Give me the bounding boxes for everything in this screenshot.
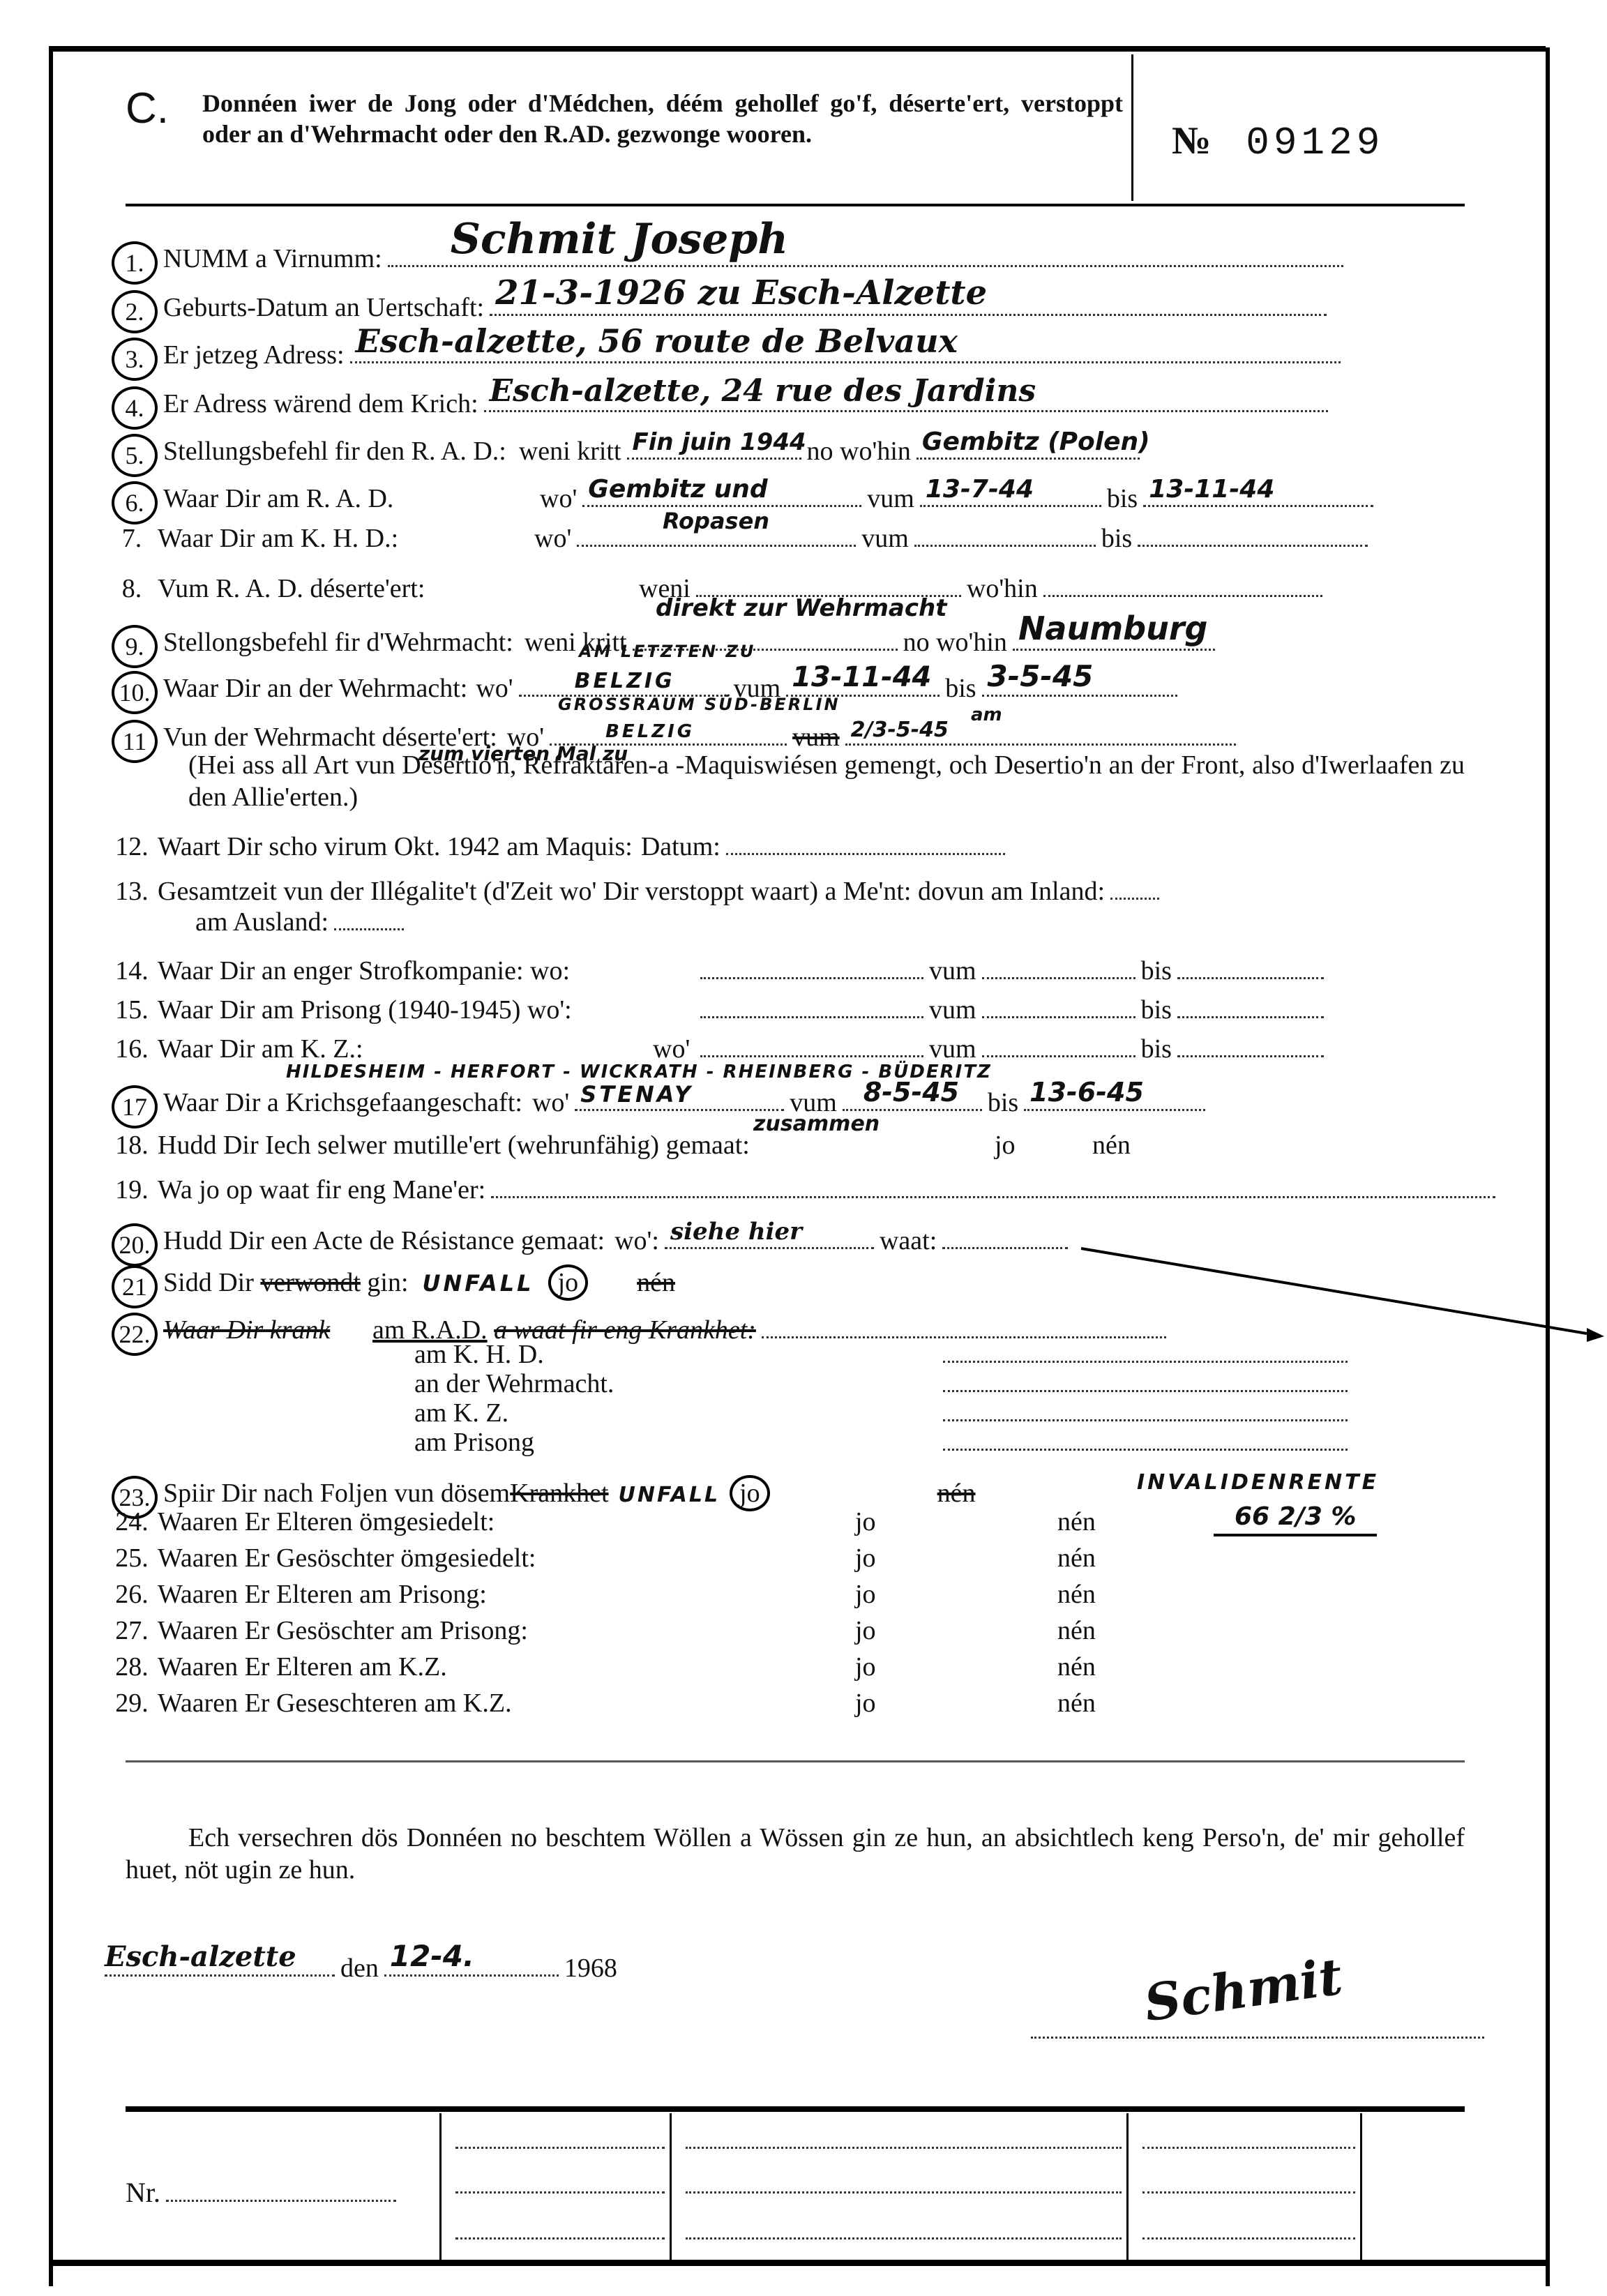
yes-option[interactable]: jo <box>855 1615 1057 1646</box>
yes-option[interactable]: jo <box>855 1506 1057 1537</box>
field-number: 3. <box>112 338 158 381</box>
field-number: 16. <box>112 1034 152 1064</box>
field-15: 15. Waar Dir am Prisong (1940-1945) wo':… <box>112 995 1329 1025</box>
header-divider <box>1131 54 1133 201</box>
field-label: Waaren Er Elteren am Prisong: <box>158 1579 855 1610</box>
declaration-text: Ech versechren dös Donnéen no beschtem W… <box>126 1822 1465 1886</box>
prison-to-field[interactable] <box>1177 995 1324 1018</box>
field-label: Waar Dir am R. A. D. <box>163 483 540 514</box>
waat-label: waat: <box>880 1225 937 1256</box>
annotation-invalidenrente: INVALIDENRENTE <box>1137 1470 1379 1495</box>
annotation-am: am <box>971 704 1002 725</box>
footer-nr: Nr. <box>126 2176 402 2209</box>
wo-label: wo' <box>532 1087 569 1118</box>
datum-label: Datum: <box>641 831 720 862</box>
bis-label: bis <box>945 673 976 704</box>
field-label: Er Adress wärend dem Krich: <box>163 388 478 419</box>
pow-to-field[interactable]: 13-6-45 <box>1024 1088 1205 1111</box>
footer-field[interactable] <box>686 2176 1122 2193</box>
field-number: 4. <box>112 386 158 430</box>
annotation-unfall: UNFALL <box>423 1270 534 1297</box>
field-label: Gesamtzeit vun der Illégalite't (d'Zeit … <box>158 876 1105 907</box>
field-label: NUMM a Virnumm: <box>163 243 382 274</box>
sub-option: am K. Z. <box>414 1398 937 1428</box>
khd-location-field[interactable] <box>577 524 856 547</box>
pow-location-field[interactable]: STENAY <box>575 1088 784 1111</box>
field-label: Waar Dir am K. Z.: <box>158 1034 653 1064</box>
field-label: Waar Dir an der Wehrmacht: <box>163 673 467 704</box>
field-number: 29. <box>112 1688 152 1719</box>
handwritten-value: 13-11-44 <box>1149 475 1274 504</box>
handwritten-value: Gembitz und <box>588 475 767 504</box>
yes-option[interactable]: jo <box>995 1130 1092 1161</box>
vum-label: vum <box>861 523 909 554</box>
field-label: Waar Dir an enger Strofkompanie: wo: <box>158 956 695 986</box>
penal-company-from-field[interactable] <box>982 956 1136 979</box>
vum-label: vum <box>867 483 914 514</box>
wehrmacht-location-field[interactable]: BELZIG <box>519 674 728 697</box>
form-number-value: 09129 <box>1246 121 1384 165</box>
bis-label: bis <box>1141 995 1172 1025</box>
illness-khd-field[interactable] <box>943 1340 1348 1363</box>
struck-label: Waar Dir krank <box>163 1315 372 1345</box>
rad-order-date-field[interactable]: Fin juin 1944 <box>627 437 801 460</box>
field-22-sub-4: am Prisong <box>414 1427 1353 1458</box>
penal-company-location-field[interactable] <box>700 956 923 979</box>
field-7: 7. Waar Dir am K. H. D.: wo' vum bis <box>112 523 1373 554</box>
field-number: 26. <box>112 1579 152 1610</box>
field-number: 18. <box>112 1130 152 1161</box>
number-sign: № <box>1172 119 1211 163</box>
annotation-am-letzten: AM LETZTEN ZU <box>579 642 755 661</box>
place-field[interactable]: Esch-alzette <box>105 1954 335 1977</box>
resistance-location-field[interactable]: siehe hier <box>665 1226 874 1249</box>
field-label: Geburts-Datum an Uertschaft: <box>163 292 484 323</box>
ausland-label: am Ausland: <box>195 907 329 937</box>
field-label: Waaren Er Gesöschter am Prisong: <box>158 1615 855 1646</box>
field-22-sub-2: an der Wehrmacht. <box>414 1368 1353 1399</box>
field-number: 13. <box>112 876 152 907</box>
field-number: 14. <box>112 956 152 986</box>
yes-option[interactable]: jo <box>855 1688 1057 1719</box>
nr-field[interactable] <box>166 2184 396 2202</box>
prison-from-field[interactable] <box>982 995 1136 1018</box>
wehrmacht-to-field[interactable]: 3-5-45 <box>982 674 1177 697</box>
rad-from-field[interactable]: 13-7-44 <box>920 484 1101 507</box>
field-number: 11 <box>112 720 158 763</box>
wo-label: wo' <box>476 673 513 704</box>
field-number: 25. <box>112 1543 152 1573</box>
annotation-percentage: 66 2/3 % <box>1214 1502 1377 1536</box>
handwritten-value: 13-11-44 <box>792 661 931 693</box>
field-19: 19. Wa jo op waat fir eng Mane'er: <box>112 1175 1501 1205</box>
footer-column-divider <box>670 2113 672 2260</box>
field-27: 27.Waaren Er Gesöschter am Prisong:jonén <box>112 1615 1096 1646</box>
field-number: 17 <box>112 1085 158 1128</box>
no-option[interactable]: nén <box>1057 1579 1096 1610</box>
field-13: 13. Gesamtzeit vun der Illégalite't (d'Z… <box>112 876 1165 907</box>
field-13-ausland: am Ausland: <box>195 907 409 937</box>
bis-label: bis <box>1141 1034 1172 1064</box>
header-title: Donnéen iwer de Jong oder d'Médchen, déé… <box>202 88 1123 149</box>
vum-label: vum <box>929 956 976 986</box>
field-number: 27. <box>112 1615 152 1646</box>
birth-field[interactable]: 21-3-1926 zu Esch-Alzette <box>490 293 1327 316</box>
field-number: 28. <box>112 1652 152 1682</box>
handwritten-value: 21-3-1926 zu Esch-Alzette <box>495 273 987 312</box>
wehrmacht-destination-field[interactable]: Naumburg <box>1013 628 1215 651</box>
footer-column-divider <box>439 2113 442 2260</box>
resistance-what-field[interactable] <box>942 1226 1068 1249</box>
field-21: 21 Sidd Dir verwondt gin: UNFALL jo nén <box>112 1261 675 1304</box>
field-label: Vum R. A. D. déserte'ert: <box>158 573 639 604</box>
handwritten-value: BELZIG <box>575 669 675 693</box>
no-option[interactable]: nén <box>1057 1506 1096 1537</box>
field-number: 20. <box>112 1223 158 1267</box>
field-12: 12. Waart Dir scho virum Okt. 1942 am Ma… <box>112 831 1011 862</box>
no-option[interactable]: nén <box>1092 1130 1131 1161</box>
footer-field[interactable] <box>686 2131 1122 2149</box>
khd-from-field[interactable] <box>914 524 1096 547</box>
handwritten-value: Naumburg <box>1018 610 1208 647</box>
den-label: den <box>340 1953 379 1984</box>
no-option[interactable]: nén <box>1057 1615 1096 1646</box>
field-number: 7. <box>112 523 152 554</box>
field-label: Spiir Dir nach Foljen vun dösem <box>163 1478 510 1509</box>
yes-option-selected[interactable]: jo <box>548 1264 589 1301</box>
field-11-note: (Hei ass all Art vun Desertio'n, Refrakt… <box>188 749 1465 813</box>
footer-column-divider <box>1126 2113 1129 2260</box>
footer-rule <box>126 2106 1465 2112</box>
field-number: 9. <box>112 625 158 668</box>
handwritten-value: Gembitz (Polen) <box>922 428 1150 456</box>
annotation-unfall: UNFALL <box>619 1483 720 1507</box>
rad-to-field[interactable]: 13-11-44 <box>1143 484 1373 507</box>
wo-label: wo': <box>614 1225 659 1256</box>
field-5: 5. Stellungsbefehl fir den R. A. D.: wen… <box>112 430 1145 473</box>
field-label: Er jetzeg Adress: <box>163 340 345 370</box>
header-rule <box>126 204 1465 206</box>
field-26: 26.Waaren Er Elteren am Prisong:jonén <box>112 1579 1096 1610</box>
year-label: 1968 <box>564 1953 617 1984</box>
wohin-label: no wo'hin <box>807 436 911 467</box>
footer-column-divider <box>1360 2113 1362 2260</box>
desertion-date-field[interactable]: 2/3-5-45 <box>845 723 1236 746</box>
field-label: Waart Dir scho virum Okt. 1942 am Maquis… <box>158 831 633 862</box>
vum-label: vum <box>929 995 976 1025</box>
field-number: 8. <box>112 573 152 604</box>
weni-label: weni kritt <box>519 436 621 467</box>
pow-from-field[interactable]: 8-5-45 <box>843 1088 982 1111</box>
current-address-field[interactable]: Esch-alzette, 56 route de Belvaux <box>350 340 1341 363</box>
vum-label: vum <box>792 722 840 753</box>
wohin-label: wo'hin <box>967 573 1038 604</box>
footer-field[interactable] <box>1142 2131 1355 2149</box>
field-number: 1. <box>112 241 158 285</box>
vum-label: vum <box>929 1034 976 1064</box>
handwritten-value: 2/3-5-45 <box>851 718 949 742</box>
handwritten-value: BELZIG <box>605 721 695 742</box>
handwritten-value: STENAY <box>580 1081 693 1108</box>
kz-from-field[interactable] <box>982 1034 1136 1057</box>
field-22-sub-1: am K. H. D. <box>414 1339 1353 1370</box>
handwritten-value: Esch-alzette, 24 rue des Jardins <box>490 373 1036 409</box>
prison-location-field[interactable] <box>700 995 923 1018</box>
section-divider <box>126 1760 1465 1762</box>
bis-label: bis <box>1107 483 1138 514</box>
khd-to-field[interactable] <box>1138 524 1368 547</box>
field-label: Waar Dir a Krichsgefaangeschaft: <box>163 1087 522 1118</box>
annotation-grossraum: GROSSRAUM SÜD-BERLIN <box>558 695 840 714</box>
illness-rad-field[interactable] <box>762 1315 1166 1338</box>
field-label: Waaren Er Elteren am K.Z. <box>158 1652 855 1682</box>
bottom-border <box>49 2260 1546 2266</box>
field-label: Waar Dir am Prisong (1940-1945) wo': <box>158 995 695 1025</box>
field-4: 4. Er Adress wärend dem Krich: Esch-alze… <box>112 382 1334 425</box>
field-number: 19. <box>112 1175 152 1205</box>
struck-label: Krankhet <box>510 1478 608 1509</box>
footer-field[interactable] <box>1142 2222 1355 2240</box>
footer-field[interactable] <box>455 2222 665 2240</box>
field-label: Stellungsbefehl fir den R. A. D.: <box>163 436 506 467</box>
annotation-direct-wehrmacht: direkt zur Wehrmacht <box>656 594 946 622</box>
bis-label: bis <box>988 1087 1018 1118</box>
wo-label: wo' <box>540 483 577 514</box>
field-label: Hudd Dir Iech selwer mutille'ert (wehrun… <box>158 1130 995 1161</box>
field-number: 10. <box>112 671 158 714</box>
form-number: №09129 <box>1172 119 1384 165</box>
wo-label: wo' <box>534 523 571 554</box>
date-field[interactable]: 12-4. <box>384 1954 559 1977</box>
place-date-line: Esch-alzette den 12-4. 1968 <box>105 1953 617 1984</box>
handwritten-value: Schmit Joseph <box>451 215 788 264</box>
field-label: Waaren Er Elteren ömgesiedelt: <box>158 1506 855 1537</box>
field-number: 21 <box>112 1265 158 1308</box>
footer-field[interactable] <box>1142 2176 1355 2193</box>
field-14: 14. Waar Dir an enger Strofkompanie: wo:… <box>112 956 1329 986</box>
handwritten-value: Esch-alzette <box>105 1940 296 1973</box>
sub-option: an der Wehrmacht. <box>414 1368 937 1399</box>
no-option[interactable]: nén <box>1057 1688 1096 1719</box>
wo-label: wo' <box>653 1034 695 1064</box>
footer-field[interactable] <box>455 2176 665 2193</box>
handwritten-value: 3-5-45 <box>988 659 1094 693</box>
handwritten-value: 13-7-44 <box>926 475 1034 504</box>
field-20: 20. Hudd Dir een Acte de Résistance gema… <box>112 1219 1073 1262</box>
inland-field[interactable] <box>1110 877 1159 900</box>
field-16: 16. Waar Dir am K. Z.: wo' vum bis <box>112 1034 1329 1064</box>
handwritten-value: Fin juin 1944 <box>633 428 806 456</box>
field-28: 28.Waaren Er Elteren am K.Z.jonén <box>112 1652 1096 1682</box>
no-option[interactable]: nén <box>1057 1543 1096 1573</box>
field-label: Sidd Dir <box>163 1267 254 1298</box>
maquis-date-field[interactable] <box>726 832 1005 855</box>
yes-option[interactable]: jo <box>855 1652 1057 1682</box>
struck-label: verwondt <box>260 1267 361 1298</box>
field-3: 3. Er jetzeg Adress: Esch-alzette, 56 ro… <box>112 333 1346 377</box>
field-label: Waaren Er Gesöschter ömgesiedelt: <box>158 1543 855 1573</box>
no-option[interactable]: nén <box>1057 1652 1096 1682</box>
bis-label: bis <box>1101 523 1132 554</box>
kz-to-field[interactable] <box>1177 1034 1324 1057</box>
field-label: Wa jo op waat fir eng Mane'er: <box>158 1175 485 1205</box>
bis-label: bis <box>1141 956 1172 986</box>
yes-option[interactable]: jo <box>855 1579 1057 1610</box>
field-number: 5. <box>112 434 158 477</box>
signature-field[interactable] <box>1031 2016 1484 2039</box>
manner-field[interactable] <box>491 1175 1495 1198</box>
handwritten-value: siehe hier <box>670 1218 802 1246</box>
field-18: 18. Hudd Dir Iech selwer mutille'ert (we… <box>112 1130 1131 1161</box>
nr-label: Nr. <box>126 2176 160 2209</box>
sub-option: am Prisong <box>414 1427 937 1458</box>
field-22-sub-3: am K. Z. <box>414 1398 1353 1428</box>
yes-option[interactable]: jo <box>855 1543 1057 1573</box>
illness-prison-field[interactable] <box>943 1428 1348 1451</box>
handwritten-value: 13-6-45 <box>1029 1077 1144 1108</box>
rad-location-field[interactable]: Gembitz und <box>582 484 861 507</box>
field-label: Waaren Er Geseschteren am K.Z. <box>158 1688 855 1719</box>
field-label: Hudd Dir een Acte de Résistance gemaat: <box>163 1225 605 1256</box>
penal-company-to-field[interactable] <box>1177 956 1324 979</box>
field-label: Waar Dir am K. H. D.: <box>158 523 534 554</box>
footer-field[interactable] <box>455 2131 665 2149</box>
field-25: 25.Waaren Er Gesöschter ömgesiedelt:joné… <box>112 1543 1096 1573</box>
footer-field[interactable] <box>686 2222 1122 2240</box>
field-number: 24. <box>112 1506 152 1537</box>
field-label: gin: <box>367 1267 408 1298</box>
field-17: 17 Waar Dir a Krichsgefaangeschaft: wo' … <box>112 1081 1211 1124</box>
field-number: 6. <box>112 481 158 524</box>
field-24: 24.Waaren Er Elteren ömgesiedelt:jonén <box>112 1506 1096 1537</box>
no-option[interactable]: nén <box>937 1478 976 1509</box>
rad-desertion-destination-field[interactable] <box>1043 574 1322 597</box>
handwritten-value: Esch-alzette, 56 route de Belvaux <box>356 322 958 360</box>
field-number: 22. <box>112 1313 158 1356</box>
kz-location-field[interactable] <box>700 1034 923 1057</box>
ausland-field[interactable] <box>334 907 404 930</box>
wehrmacht-from-field[interactable]: 13-11-44 <box>786 674 940 697</box>
illness-kz-field[interactable] <box>943 1398 1348 1421</box>
field-number: 12. <box>112 831 152 862</box>
handwritten-value: 8-5-45 <box>863 1077 959 1108</box>
rad-destination-field[interactable]: Gembitz (Polen) <box>916 437 1140 460</box>
handwritten-value: 12-4. <box>390 1939 474 1973</box>
sub-option: am K. H. D. <box>414 1339 937 1370</box>
wartime-address-field[interactable]: Esch-alzette, 24 rue des Jardins <box>484 389 1328 412</box>
field-29: 29.Waaren Er Geseschteren am K.Z.jonén <box>112 1688 1096 1719</box>
illness-wehrmacht-field[interactable] <box>943 1369 1348 1392</box>
section-letter: C. <box>126 84 169 133</box>
field-number: 15. <box>112 995 152 1025</box>
wohin-label: no wo'hin <box>903 627 1007 658</box>
no-option[interactable]: nén <box>637 1267 675 1298</box>
field-number: 2. <box>112 290 158 333</box>
field-label: Stellongsbefehl fir d'Wehrmacht: <box>163 627 513 658</box>
name-field[interactable]: Schmit Joseph <box>388 244 1343 267</box>
